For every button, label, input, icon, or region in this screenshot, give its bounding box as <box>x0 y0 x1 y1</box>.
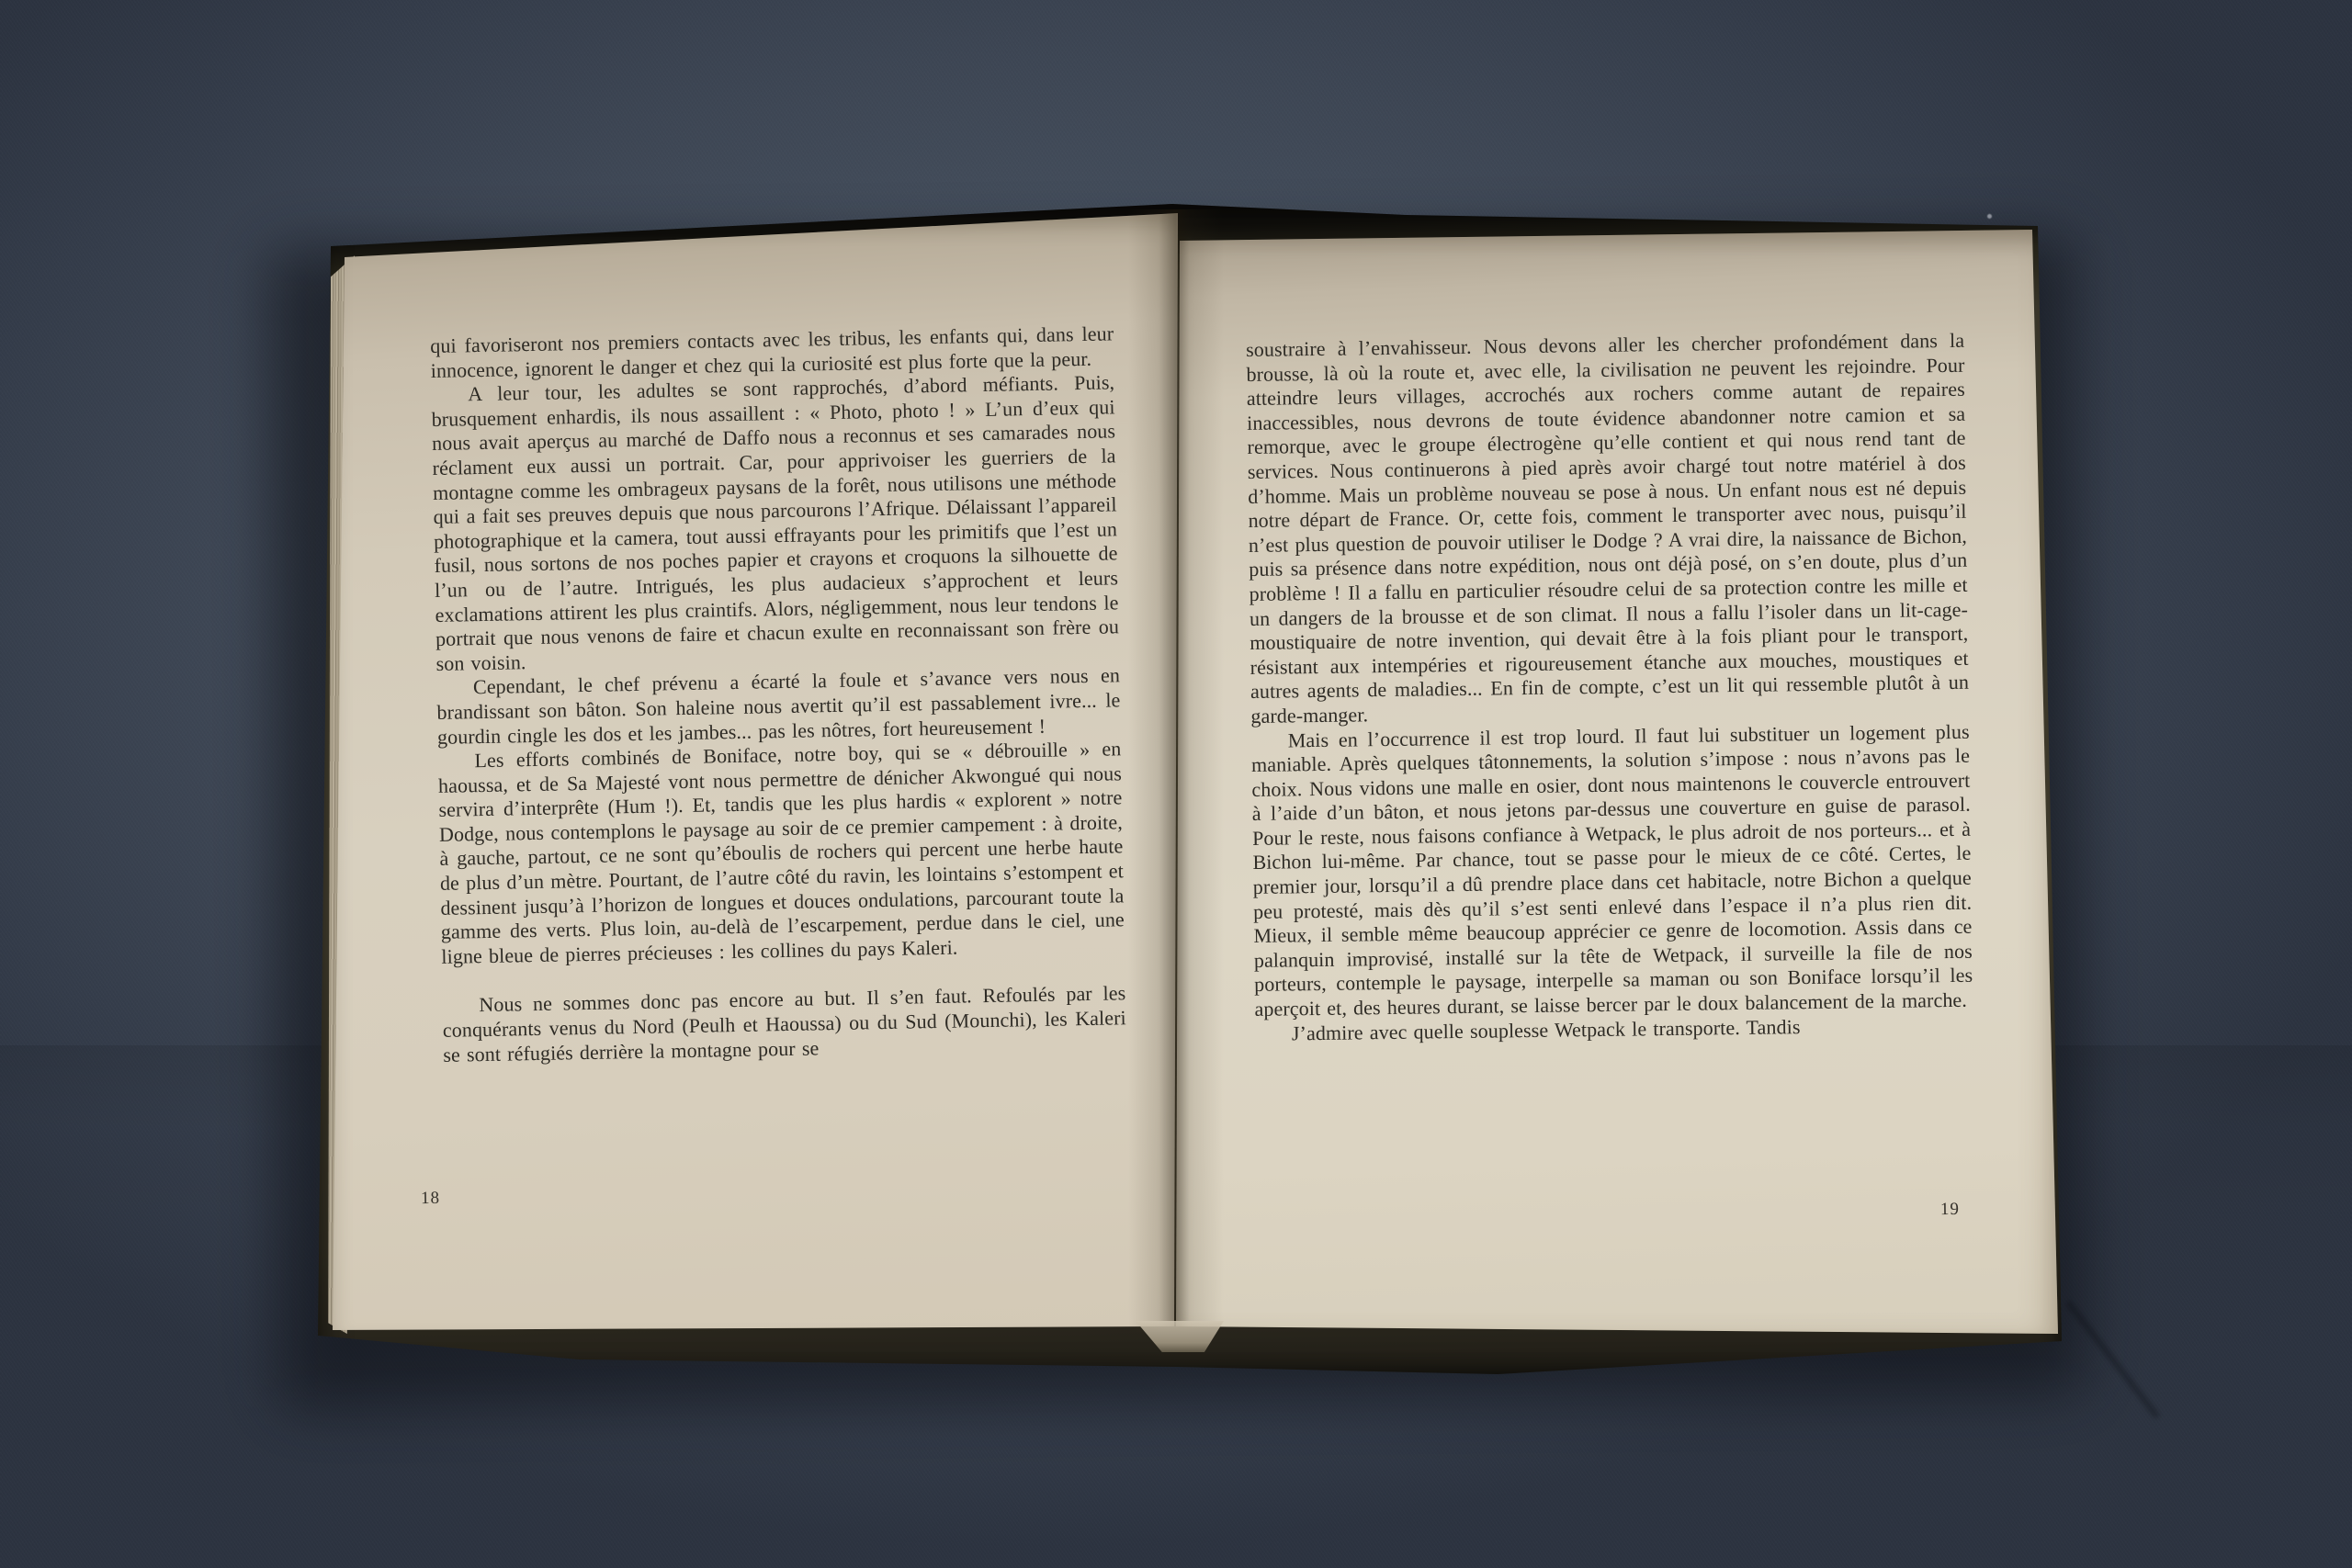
paragraph: Cependant, le chef prévenu a écarté la f… <box>436 664 1121 750</box>
paragraph: soustraire à l’envahisseur. Nous devons … <box>1246 329 1970 729</box>
book-page-right: soustraire à l’envahisseur. Nous devons … <box>1176 230 2058 1336</box>
paragraph: Les efforts combinés de Boniface, notre … <box>437 737 1125 969</box>
book-page-left: qui favoriseront nos premiers contacts a… <box>333 213 1178 1330</box>
page-number-right: 19 <box>1940 1200 1960 1220</box>
paragraph: Nous ne sommes donc pas encore au but. I… <box>442 982 1126 1067</box>
paragraph: A leur tour, les adultes se sont rapproc… <box>431 371 1120 677</box>
open-book: qui favoriseront nos premiers contacts a… <box>303 204 2069 1385</box>
photo-backdrop: qui favoriseront nos premiers contacts a… <box>0 0 2352 1568</box>
page-number-left: 18 <box>421 1189 440 1209</box>
right-page-text: soustraire à l’envahisseur. Nous devons … <box>1246 329 1973 1046</box>
paragraph: Mais en l’occurrence il est trop lourd. … <box>1251 719 1973 1021</box>
left-page-text: qui favoriseront nos premiers contacts a… <box>430 321 1127 1067</box>
